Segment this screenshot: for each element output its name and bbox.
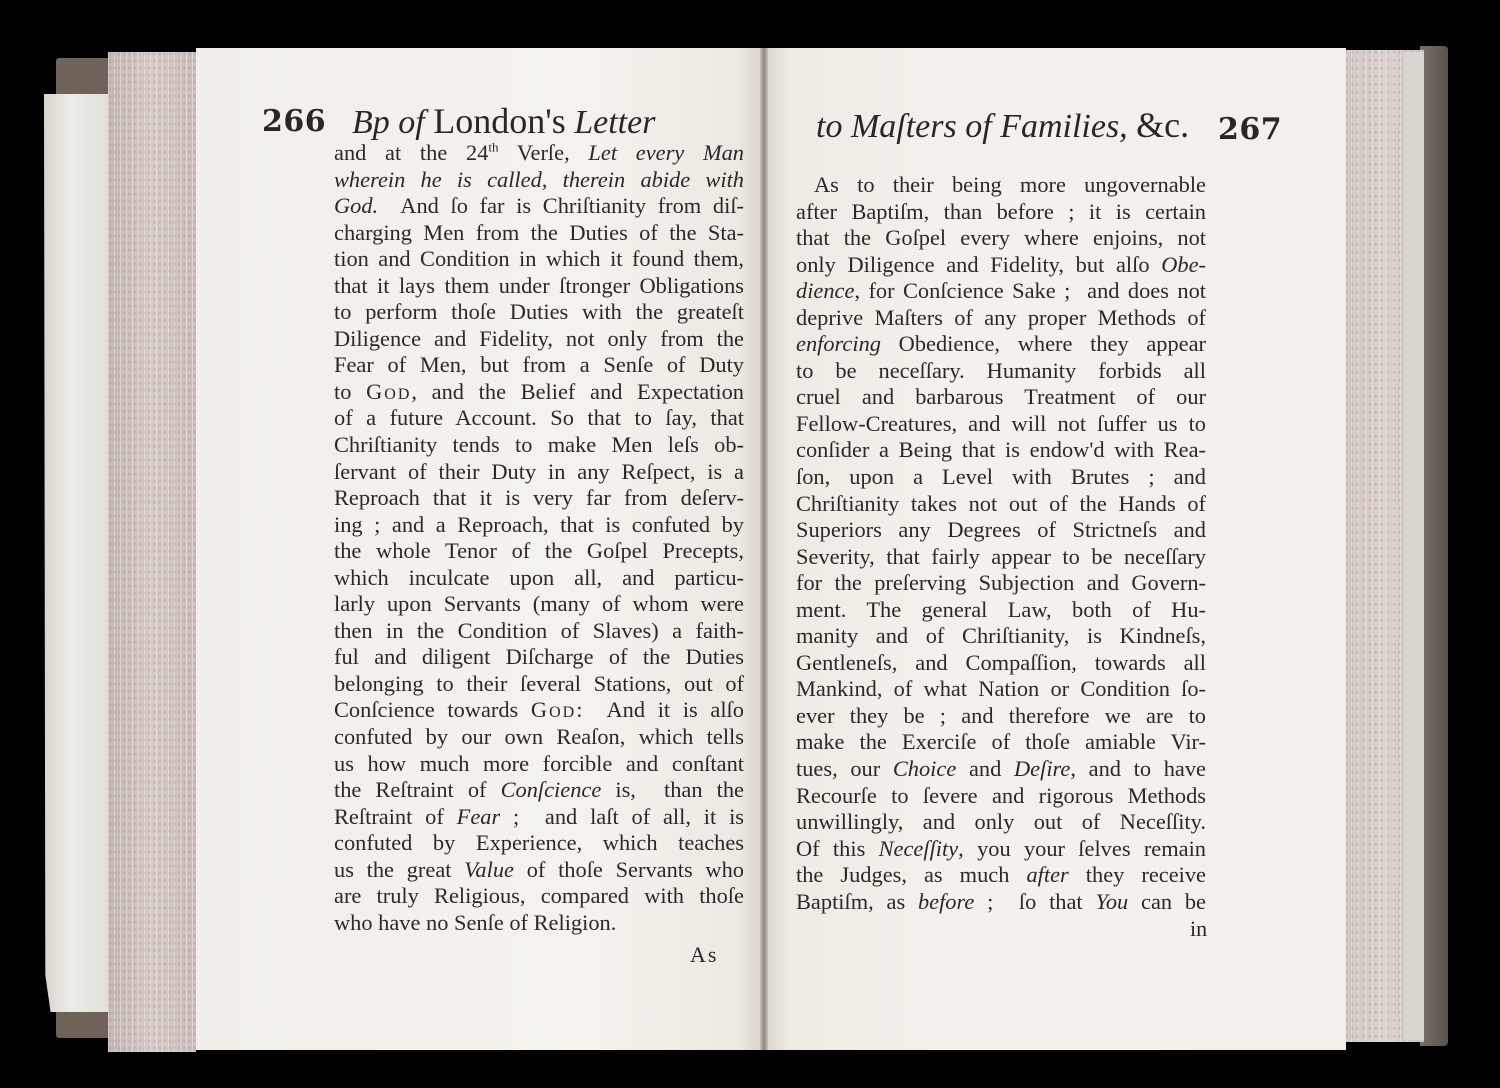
text-line: dience, for Conſcience Sake ; and does n…: [796, 278, 1206, 305]
text-line: larly upon Servants (many of whom were: [334, 591, 744, 618]
text-line: Fear of Men, but from a Senſe of Duty: [334, 352, 744, 379]
text-line: Chriſtianity tends to make Men leſs ob-: [334, 432, 744, 459]
gutter-fold: [760, 48, 768, 1050]
text-line: confuted by our own Reaſon, which tells: [334, 724, 744, 751]
running-head-letter: Letter: [574, 104, 655, 141]
text-line: are truly Religious, compared with thoſe: [334, 883, 744, 910]
text-line: confuted by Experience, which teaches: [334, 830, 744, 857]
text-line: ful and diligent Diſcharge of the Duties: [334, 644, 744, 671]
catchword-left: As: [690, 942, 718, 968]
running-head-to: to: [816, 108, 842, 145]
text-line: Of this Neceſſity, you your ſelves remai…: [796, 836, 1206, 863]
catchword-right: in: [1190, 916, 1207, 942]
text-line: for the preſerving Subjection and Govern…: [796, 570, 1206, 597]
text-line: manity and of Chriſtianity, is Kindneſs,: [796, 623, 1206, 650]
text-line: the Reſtraint of Conſcience is, than the: [334, 777, 744, 804]
text-line: the Judges, as much after they receive: [796, 862, 1206, 889]
text-line: cruel and barbarous Treatment of our: [796, 384, 1206, 411]
text-line: Recourſe to ſevere and rigorous Methods: [796, 783, 1206, 810]
text-line: wherein he is called, therein abide with: [334, 167, 744, 194]
text-line: Gentleneſs, and Compaſſion, towards all: [796, 650, 1206, 677]
text-line: Chriſtianity takes not out of the Hands …: [796, 491, 1206, 518]
text-line: Reſtraint of Fear ; and laſt of all, it …: [334, 804, 744, 831]
running-head-masters: Maſters: [851, 108, 957, 145]
text-line: As to their being more ungovernable: [796, 172, 1206, 199]
text-line: us the great Value of thoſe Servants who: [334, 857, 744, 884]
text-line: of a future Account. So that to ſay, tha…: [334, 405, 744, 432]
text-line: ſon, upon a Level with Brutes ; and: [796, 464, 1206, 491]
text-line: the whole Tenor of the Goſpel Precepts,: [334, 538, 744, 565]
text-line: us how much more forcible and conſtant: [334, 751, 744, 778]
right-endleaf: [1404, 52, 1424, 1040]
text-line: Reproach that it is very far from deſerv…: [334, 485, 744, 512]
text-line: Conſcience towards God: And it is alſo: [334, 697, 744, 724]
text-line: deprive Maſters of any proper Methods of: [796, 305, 1206, 332]
text-line: ever they be ; and therefore we are to: [796, 703, 1206, 730]
text-line: which inculcate upon all, and particu-: [334, 565, 744, 592]
running-head-london: London's: [433, 101, 566, 141]
running-head-left: Bp of London's Letter: [352, 100, 655, 142]
text-line: to perform thoſe Duties with the greateſ…: [334, 299, 744, 326]
text-line: Superiors any Degrees of Strictneſs and: [796, 517, 1206, 544]
text-line: Severity, that fairly appear to be neceſ…: [796, 544, 1206, 571]
text-line: to God, and the Belief and Expectation: [334, 379, 744, 406]
running-head-families: Families,: [1000, 108, 1127, 145]
text-line: that the Goſpel every where enjoins, not: [796, 225, 1206, 252]
right-cover-board: [1420, 46, 1448, 1046]
text-line: unwillingly, and only out of Neceſſity.: [796, 809, 1206, 836]
left-fore-edge-speckled: [108, 52, 196, 1052]
page-number-right: 267: [1218, 112, 1282, 147]
text-line: tues, our Choice and Deſire, and to have: [796, 756, 1206, 783]
text-line: God. And ſo far is Chriſtianity from diſ…: [334, 193, 744, 220]
running-head-of2: of: [965, 108, 991, 145]
text-line: ment. The general Law, both of Hu-: [796, 597, 1206, 624]
right-body-text: As to their being more ungovernable afte…: [796, 172, 1206, 915]
text-line: ing ; and a Reproach, that is confuted b…: [334, 512, 744, 539]
text-line: ſervant of their Duty in any Reſpect, is…: [334, 459, 744, 486]
running-head-bp: Bp: [352, 104, 390, 141]
open-book: 266 Bp of London's Letter to Maſters of …: [0, 0, 1500, 1088]
text-line: belonging to their ſeveral Stations, out…: [334, 671, 744, 698]
text-line: Fellow-Creatures, and will not ſuffer us…: [796, 411, 1206, 438]
text-line: to be neceſſary. Humanity forbids all: [796, 358, 1206, 385]
running-head-etc: &c.: [1136, 105, 1189, 145]
running-head-right: to Maſters of Families, &c.: [816, 104, 1189, 146]
text-line: enforcing Obedience, where they appear: [796, 331, 1206, 358]
text-line: conſider a Being that is endow'd with Re…: [796, 437, 1206, 464]
text-line: make the Exerciſe of thoſe amiable Vir-: [796, 729, 1206, 756]
page-number-left: 266: [262, 104, 326, 139]
text-line: who have no Senſe of Religion.: [334, 910, 744, 937]
text-line: Baptiſm, as before ; ſo that You can be: [796, 889, 1206, 916]
text-line: then in the Condition of Slaves) a faith…: [334, 618, 744, 645]
text-line: only Diligence and Fidelity, but alſo Ob…: [796, 252, 1206, 279]
text-line: Diligence and Fidelity, not only from th…: [334, 326, 744, 353]
text-line: after Baptiſm, than before ; it is certa…: [796, 199, 1206, 226]
running-head-of: of: [398, 104, 424, 141]
text-line: charging Men from the Duties of the Sta-: [334, 220, 744, 247]
text-line: and at the 24th Verſe, Let every Man: [334, 140, 744, 167]
text-line: Mankind, of what Nation or Condition ſo-: [796, 676, 1206, 703]
text-line: tion and Condition in which it found the…: [334, 246, 744, 273]
text-line: that it lays them under ſtronger Obligat…: [334, 273, 744, 300]
left-flyleaf: [44, 94, 110, 1012]
left-body-text: and at the 24th Verſe, Let every Man whe…: [334, 140, 744, 936]
